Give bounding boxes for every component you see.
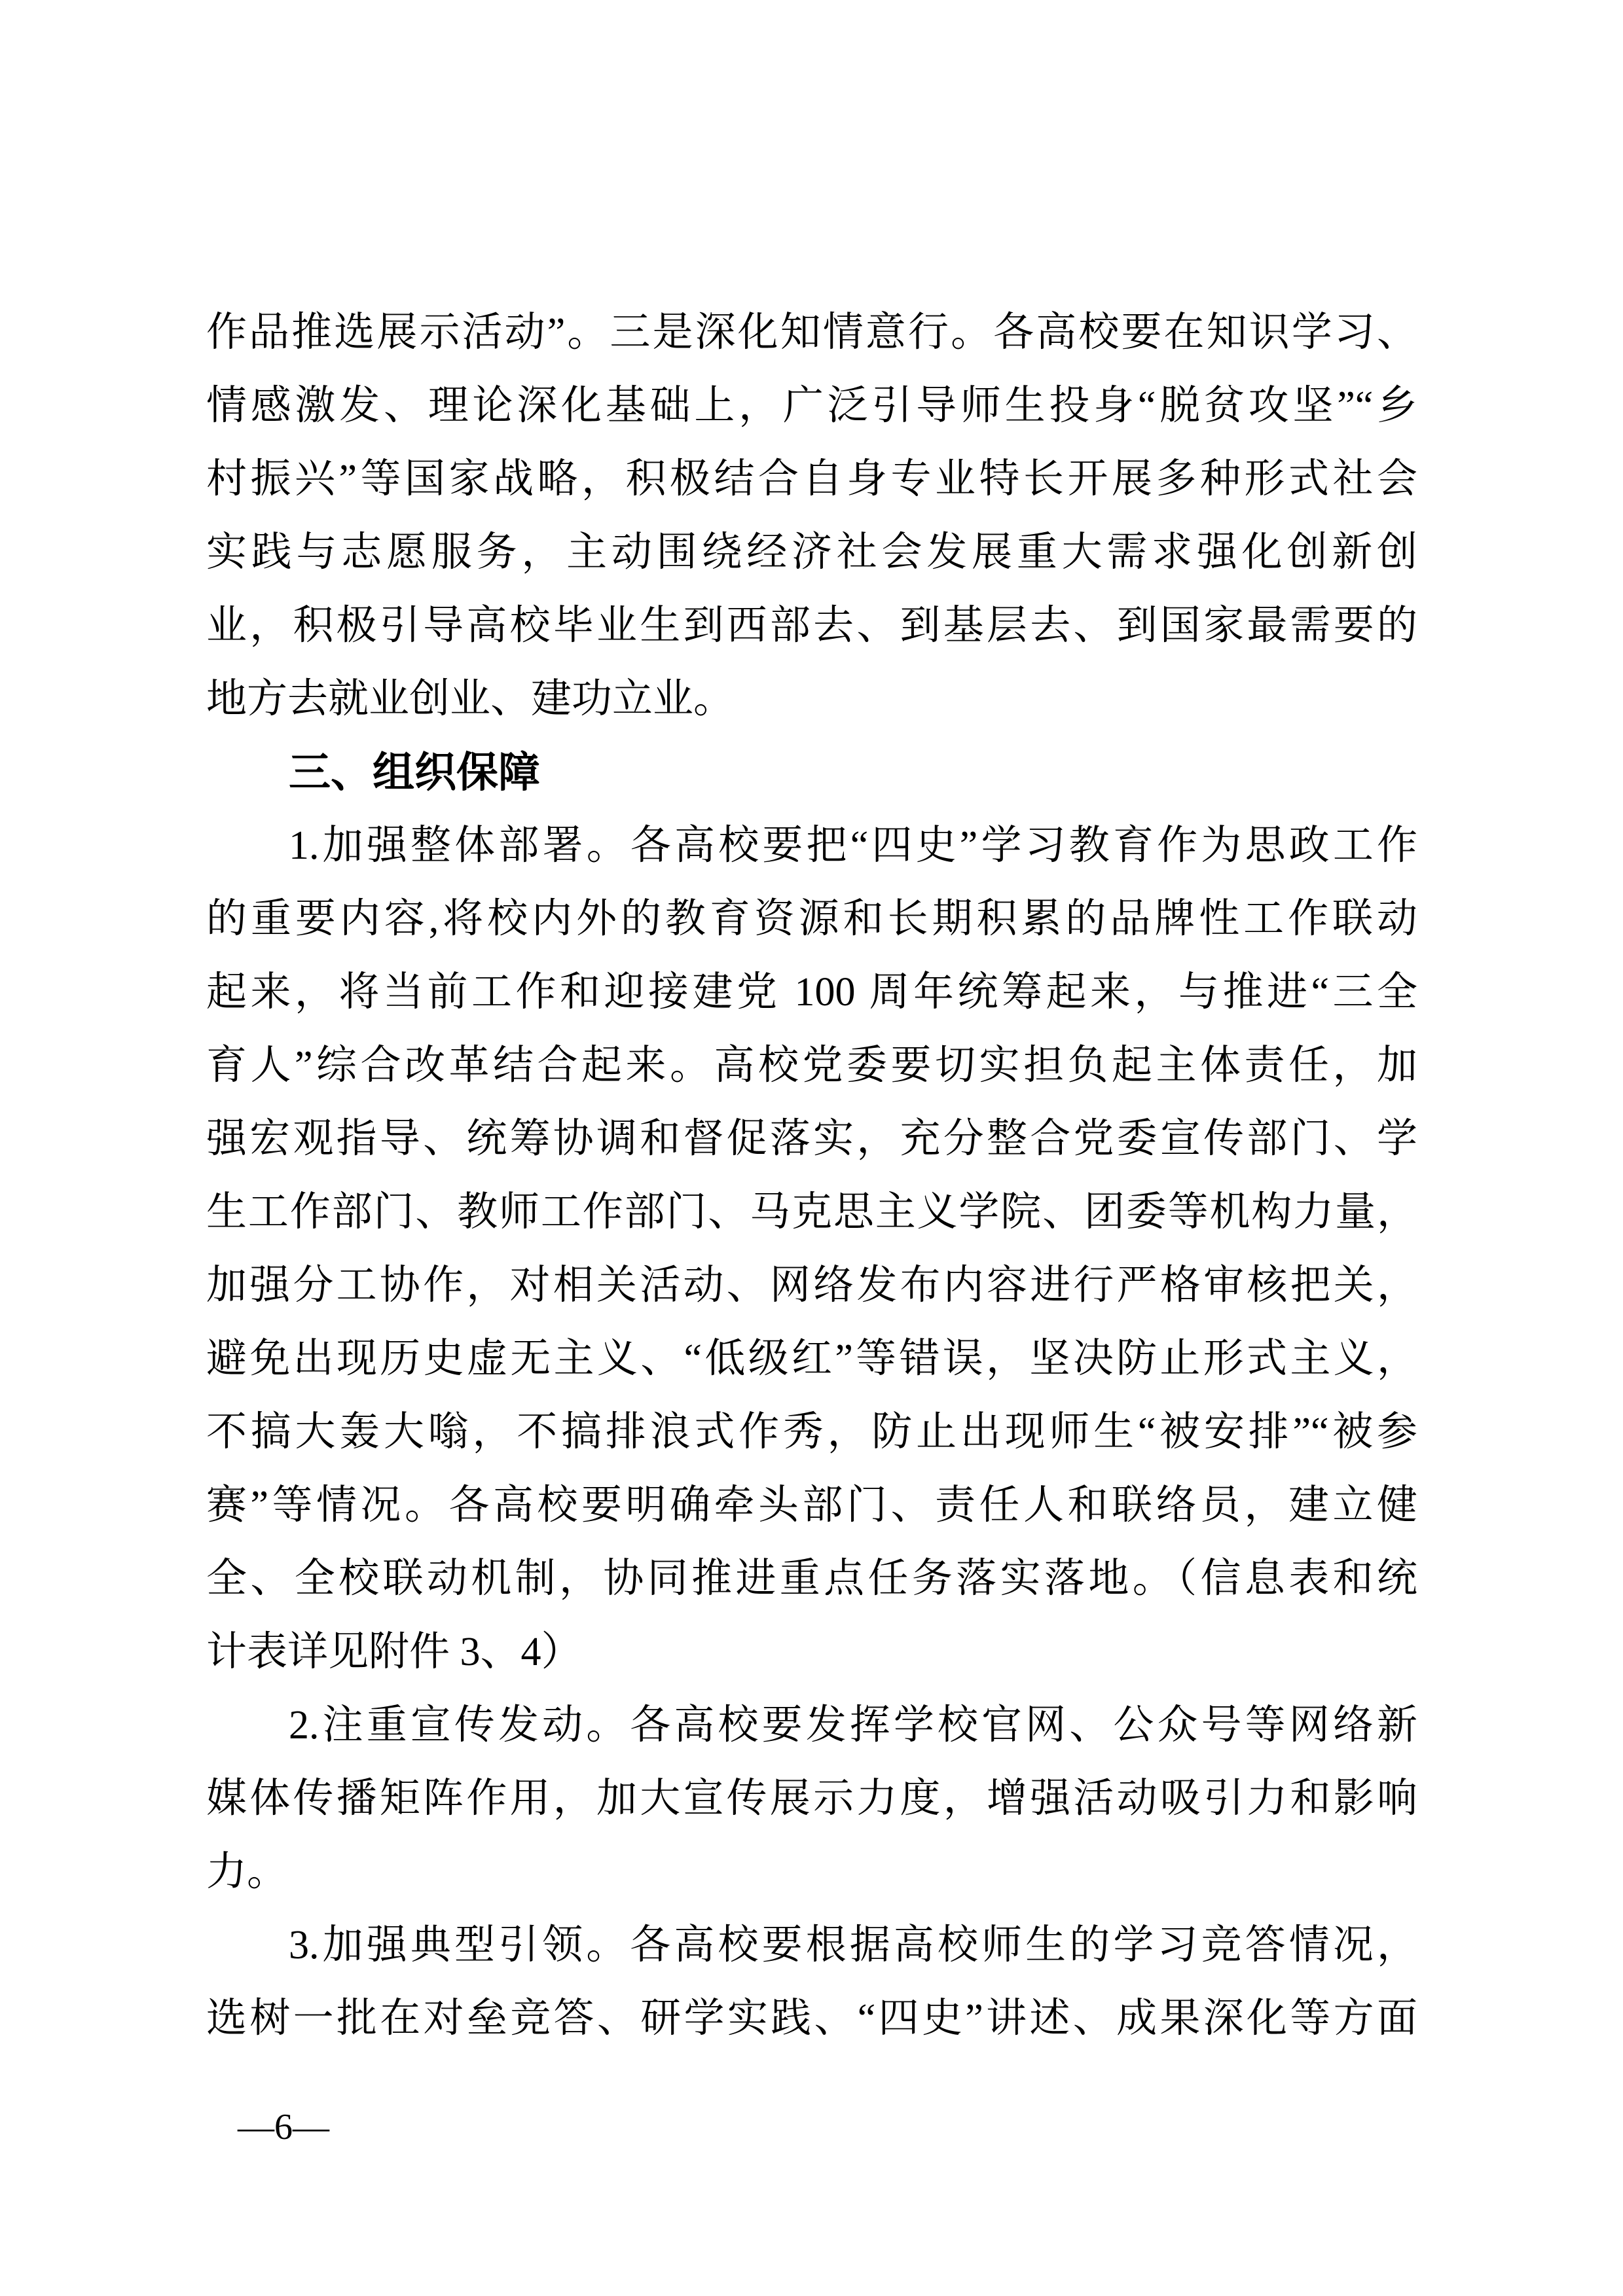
section-heading: 三、组织保障	[206, 736, 1417, 809]
body-line: 实践与志愿服务，主动围绕经济社会发展重大需求强化创新创	[206, 516, 1417, 589]
body-line: 不搞大轰大嗡，不搞排浪式作秀，防止出现师生“被安排”“被参	[206, 1395, 1417, 1469]
body-text: 各高校要根据高校师生的学习竞答情况，	[630, 1923, 1417, 1967]
body-line: 1.加强整体部署。各高校要把“四史”学习教育作为思政工作	[206, 809, 1417, 882]
body-line: 选树一批在对垒竞答、研学实践、“四史”讲述、成果深化等方面	[206, 1982, 1417, 2055]
body-line: 村振兴”等国家战略，积极结合自身专业特长开展多种形式社会	[206, 442, 1417, 516]
body-line: 情感激发、理论深化基础上，广泛引导师生投身“脱贫攻坚”“乡	[206, 369, 1417, 442]
body-line: 作品推选展示活动”。三是深化知情意行。各高校要在知识学习、	[206, 296, 1417, 369]
body-line: 业，积极引导高校毕业生到西部去、到基层去、到国家最需要的	[206, 589, 1417, 662]
text-block: 作品推选展示活动”。三是深化知情意行。各高校要在知识学习、 情感激发、理论深化基…	[206, 296, 1417, 2055]
body-line: 地方去就业创业、建功立业。	[206, 662, 1417, 736]
body-line: 育人”综合改革结合起来。高校党委要切实担负起主体责任，加	[206, 1029, 1417, 1102]
body-line: 的重要内容,将校内外的教育资源和长期积累的品牌性工作联动	[206, 882, 1417, 956]
body-line: 媒体传播矩阵作用，加大宣传展示力度，增强活动吸引力和影响	[206, 1762, 1417, 1835]
body-line: 生工作部门、教师工作部门、马克思主义学院、团委等机构力量，	[206, 1175, 1417, 1249]
body-line: 全、全校联动机制，协同推进重点任务落实落地。（信息表和统	[206, 1542, 1417, 1615]
body-line: 赛”等情况。各高校要明确牵头部门、责任人和联络员，建立健	[206, 1469, 1417, 1542]
document-page: 作品推选展示活动”。三是深化知情意行。各高校要在知识学习、 情感激发、理论深化基…	[0, 0, 1623, 2296]
subsection-heading: 2.注重宣传发动。	[289, 1703, 630, 1748]
body-line: 避免出现历史虚无主义、“低级红”等错误，坚决防止形式主义，	[206, 1322, 1417, 1395]
body-text: 各高校要把“四史”学习教育作为思政工作	[630, 823, 1417, 868]
subsection-heading: 3.加强典型引领。	[289, 1923, 630, 1967]
body-line: 力。	[206, 1835, 1417, 1909]
body-text: 各高校要发挥学校官网、公众号等网络新	[630, 1703, 1417, 1748]
body-line: 起来，将当前工作和迎接建党 100 周年统筹起来，与推进“三全	[206, 956, 1417, 1029]
body-line: 加强分工协作，对相关活动、网络发布内容进行严格审核把关，	[206, 1249, 1417, 1322]
body-line: 强宏观指导、统筹协调和督促落实，充分整合党委宣传部门、学	[206, 1102, 1417, 1175]
page-number: —6—	[238, 2106, 329, 2148]
body-line: 计表详见附件 3、4）	[206, 1615, 1417, 1689]
subsection-heading: 1.加强整体部署。	[289, 823, 630, 868]
body-line: 2.注重宣传发动。各高校要发挥学校官网、公众号等网络新	[206, 1689, 1417, 1762]
body-line: 3.加强典型引领。各高校要根据高校师生的学习竞答情况，	[206, 1909, 1417, 1982]
